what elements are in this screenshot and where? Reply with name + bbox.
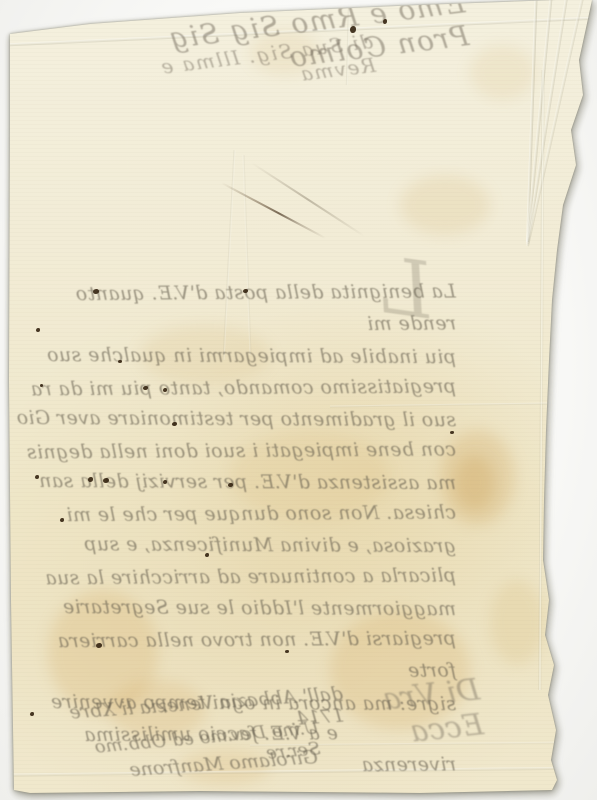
body-line: chiesa. Non sono dunque per che le mi xyxy=(12,497,456,532)
stain-patch xyxy=(470,45,535,100)
paper-sheet: 916 22-1 Emo e Rmo Sig Sig Pron Colmo di… xyxy=(0,0,597,800)
ink-blot xyxy=(36,328,40,332)
fold-fan-line xyxy=(526,0,538,242)
ink-blot xyxy=(88,477,93,482)
fold-fan-line xyxy=(526,0,568,244)
valediction-flourish: Di Vra Ecca xyxy=(329,672,485,757)
body-line: La benignita della posta d'V.E. quanto r… xyxy=(12,276,456,342)
ink-blot xyxy=(228,483,233,487)
fold-fan-line xyxy=(526,0,553,242)
ink-blot xyxy=(163,480,167,484)
body-line: con bene impiegati i suoi doni nella deg… xyxy=(12,434,456,469)
ink-blot xyxy=(96,643,102,648)
crease-line xyxy=(538,70,544,690)
ink-blot xyxy=(383,19,387,24)
stain-patch xyxy=(400,175,490,235)
scanned-letter-background: 916 22-1 Emo e Rmo Sig Sig Pron Colmo di… xyxy=(0,0,597,800)
stain-patch xyxy=(490,580,545,665)
body-line: pregiarsi d'V.E. non trovo nella carrier… xyxy=(12,623,456,689)
ink-blot xyxy=(172,422,177,426)
ink-blot xyxy=(350,26,356,33)
ink-blot xyxy=(163,388,167,392)
body-line: ma assistenza d'V.E. per servizij della … xyxy=(12,466,456,500)
ink-blot xyxy=(450,431,454,434)
ink-blot xyxy=(118,360,122,363)
body-line: maggiormente l'Iddio le sue Segretarie xyxy=(12,592,456,626)
ink-blot xyxy=(285,650,289,653)
ink-blot xyxy=(35,475,39,479)
ink-blot xyxy=(40,384,43,387)
ink-blot xyxy=(205,553,209,557)
ink-blot xyxy=(30,712,34,716)
body-line: piu inabile ad impiegarmi in qualche suo xyxy=(12,340,456,374)
body-line: suo il gradimento per testimoniare aver … xyxy=(12,403,456,437)
pencil-stroke xyxy=(221,182,326,239)
body-line: graziosa, e divina Munificenza, e sup xyxy=(12,529,456,563)
ink-blot xyxy=(60,518,64,522)
body-line: pregiatissimo comando, tanto piu mi da r… xyxy=(12,371,456,406)
body-line: plicarla a continuare ad arricchire la s… xyxy=(12,560,456,595)
ink-blot xyxy=(103,478,109,483)
ink-blot xyxy=(143,386,148,390)
stain-patch xyxy=(455,455,495,510)
stamp-number: 916 22-1 xyxy=(36,13,97,24)
ink-blot xyxy=(243,289,248,293)
pencil-stroke xyxy=(251,162,365,237)
paper-shadow-wrap: 916 22-1 Emo e Rmo Sig Sig Pron Colmo di… xyxy=(0,0,597,800)
fold-fan-line xyxy=(526,0,584,246)
ink-blot xyxy=(93,289,99,294)
